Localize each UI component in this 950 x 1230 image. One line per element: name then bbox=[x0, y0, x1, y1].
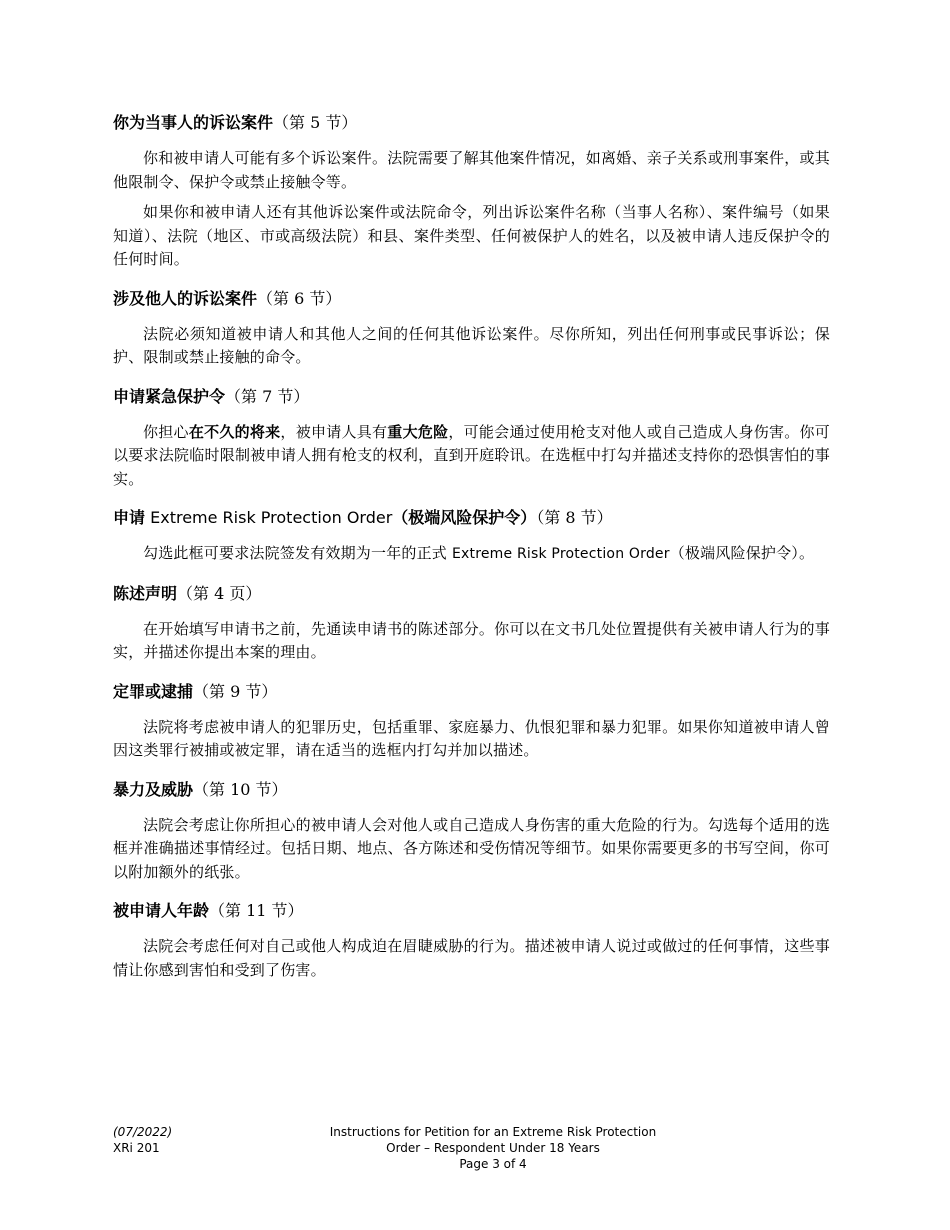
section-heading: 你为当事人的诉讼案件（第 5 节） bbox=[113, 112, 830, 134]
page-number: Page 3 of 4 bbox=[313, 1156, 673, 1172]
section-title: 定罪或逮捕 bbox=[113, 682, 193, 701]
section-heading: 定罪或逮捕（第 9 节） bbox=[113, 681, 830, 703]
emphasis-significant-danger: 重大危险 bbox=[387, 423, 448, 441]
form-code: XRi 201 bbox=[113, 1140, 172, 1156]
text-run: （极端风险保护令）。 bbox=[670, 544, 815, 562]
text-run: 勾选此框可要求法院签发有效期为一年的正式 bbox=[143, 544, 452, 562]
text-run: 你担心 bbox=[143, 423, 189, 441]
emphasis-near-future: 在不久的将来 bbox=[189, 423, 281, 441]
section-ref: （第 9 节） bbox=[193, 682, 277, 701]
english-term: Extreme Risk Protection Order bbox=[452, 546, 670, 562]
section-violence-threats: 暴力及威胁（第 10 节） 法院会考虑让你所担心的被申请人会对他人或自己造成人身… bbox=[113, 779, 830, 885]
section-title: 涉及他人的诉讼案件 bbox=[113, 289, 257, 308]
section-title-prefix: 申请 bbox=[113, 508, 145, 527]
section-cases-as-party: 你为当事人的诉讼案件（第 5 节） 你和被申请人可能有多个诉讼案件。法院需要了解… bbox=[113, 112, 830, 272]
section-title-english: Extreme Risk Protection Order bbox=[150, 508, 392, 527]
section-ref: （第 10 节） bbox=[193, 780, 288, 799]
section-ref: （第 6 节） bbox=[257, 289, 341, 308]
section-paragraph: 法院会考虑让你所担心的被申请人会对他人或自己造成人身伤害的重大危险的行为。勾选每… bbox=[113, 814, 830, 885]
section-title-suffix: （极端风险保护令） bbox=[392, 508, 536, 527]
section-emergency-order: 申请紧急保护令（第 7 节） 你担心在不久的将来，被申请人具有重大危险，可能会通… bbox=[113, 386, 830, 492]
section-paragraph: 法院会考虑任何对自己或他人构成迫在眉睫威胁的行为。描述被申请人说过或做过的任何事… bbox=[113, 935, 830, 982]
section-paragraph: 在开始填写申请书之前，先通读申请书的陈述部分。你可以在文书几处位置提供有关被申请… bbox=[113, 618, 830, 665]
section-heading: 被申请人年龄（第 11 节） bbox=[113, 900, 830, 922]
section-paragraph: 法院将考虑被申请人的犯罪历史，包括重罪、家庭暴力、仇恨犯罪和暴力犯罪。如果你知道… bbox=[113, 716, 830, 763]
section-ref: （第 7 节） bbox=[225, 387, 309, 406]
section-title: 陈述声明 bbox=[113, 584, 177, 603]
section-title: 你为当事人的诉讼案件 bbox=[113, 113, 273, 132]
footer-center: Instructions for Petition for an Extreme… bbox=[313, 1124, 673, 1172]
section-ref: （第 5 节） bbox=[273, 113, 357, 132]
section-ref: （第 8 节） bbox=[536, 508, 612, 527]
section-paragraph: 法院必须知道被申请人和其他人之间的任何其他诉讼案件。尽你所知，列出任何刑事或民事… bbox=[113, 323, 830, 370]
section-respondent-age: 被申请人年龄（第 11 节） 法院会考虑任何对自己或他人构成迫在眉睫威胁的行为。… bbox=[113, 900, 830, 982]
section-convictions-arrests: 定罪或逮捕（第 9 节） 法院将考虑被申请人的犯罪历史，包括重罪、家庭暴力、仇恨… bbox=[113, 681, 830, 763]
text-run: ，被申请人具有 bbox=[280, 423, 387, 441]
document-page: 你为当事人的诉讼案件（第 5 节） 你和被申请人可能有多个诉讼案件。法院需要了解… bbox=[113, 112, 830, 989]
footer-left: (07/2022) XRi 201 bbox=[113, 1124, 172, 1156]
section-statement: 陈述声明（第 4 页） 在开始填写申请书之前，先通读申请书的陈述部分。你可以在文… bbox=[113, 583, 830, 665]
section-paragraph: 你和被申请人可能有多个诉讼案件。法院需要了解其他案件情况，如离婚、亲子关系或刑事… bbox=[113, 147, 830, 194]
section-title: 暴力及威胁 bbox=[113, 780, 193, 799]
section-heading: 暴力及威胁（第 10 节） bbox=[113, 779, 830, 801]
section-paragraph: 你担心在不久的将来，被申请人具有重大危险，可能会通过使用枪支对他人或自己造成人身… bbox=[113, 421, 830, 492]
section-paragraph: 勾选此框可要求法院签发有效期为一年的正式 Extreme Risk Protec… bbox=[113, 542, 830, 567]
section-cases-involving-others: 涉及他人的诉讼案件（第 6 节） 法院必须知道被申请人和其他人之间的任何其他诉讼… bbox=[113, 288, 830, 370]
section-erpo-request: 申请 Extreme Risk Protection Order（极端风险保护令… bbox=[113, 507, 830, 567]
section-paragraph: 如果你和被申请人还有其他诉讼案件或法院命令，列出诉讼案件名称（当事人名称）、案件… bbox=[113, 201, 830, 272]
section-title: 被申请人年龄 bbox=[113, 901, 209, 920]
section-heading: 申请紧急保护令（第 7 节） bbox=[113, 386, 830, 408]
section-title: 申请紧急保护令 bbox=[113, 387, 225, 406]
section-ref: （第 4 页） bbox=[177, 584, 261, 603]
form-revision-date: (07/2022) bbox=[113, 1124, 172, 1140]
section-heading: 陈述声明（第 4 页） bbox=[113, 583, 830, 605]
section-heading: 涉及他人的诉讼案件（第 6 节） bbox=[113, 288, 830, 310]
form-title-line2: Order – Respondent Under 18 Years bbox=[313, 1140, 673, 1156]
section-ref: （第 11 节） bbox=[209, 901, 304, 920]
section-heading: 申请 Extreme Risk Protection Order（极端风险保护令… bbox=[113, 507, 830, 529]
form-title-line1: Instructions for Petition for an Extreme… bbox=[313, 1124, 673, 1140]
